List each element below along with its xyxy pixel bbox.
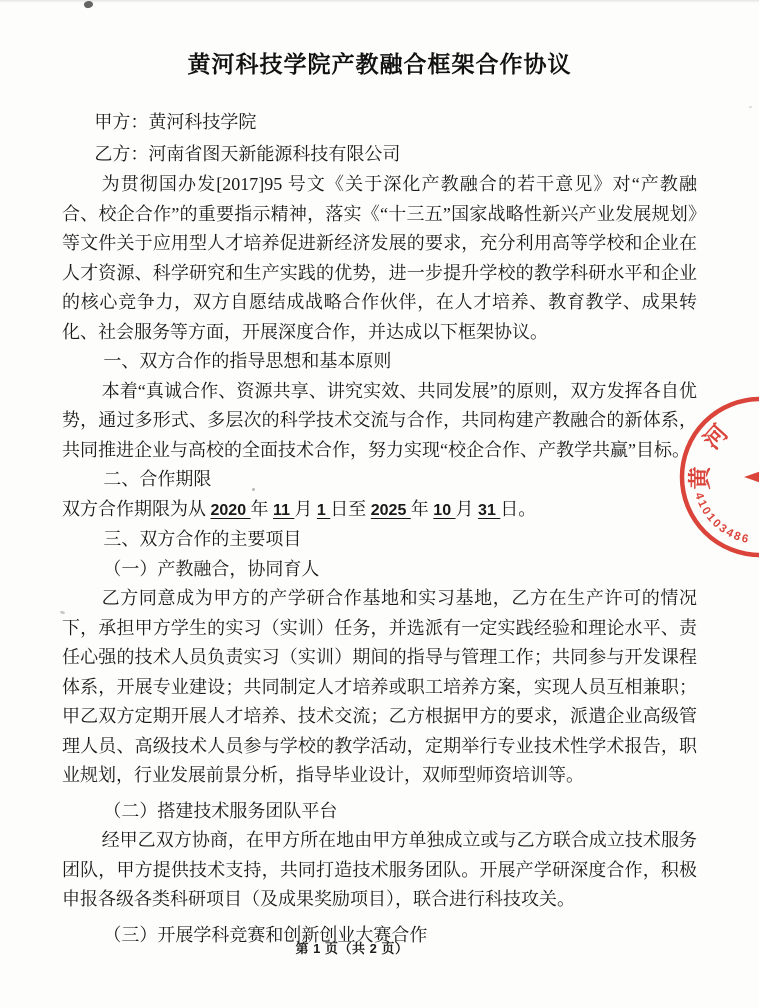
seal-star-icon (744, 452, 759, 501)
date-line-text: 年 (411, 499, 434, 519)
preamble-paragraph: 为贯彻国办发[2017]95 号文《关于深化产教融合的若干意见》对“产教融合、校… (62, 170, 697, 347)
official-seal: 黄 河 410103486 (675, 390, 759, 565)
scan-edge-shadow (0, 0, 759, 3)
page-footer: 第 1 页（共 2 页） (0, 938, 704, 957)
date-line-text: 年 (251, 499, 274, 519)
scan-smudge (83, 0, 94, 9)
scan-speck (749, 106, 752, 108)
underlined-date-value: 31 (478, 502, 500, 519)
underlined-date-value: 2020 (211, 502, 251, 519)
date-line-text: 月 (456, 499, 479, 519)
document-body: 甲方：黄河科技学院乙方：河南省图天新能源科技有限公司为贯彻国办发[2017]95… (62, 106, 697, 950)
party-line-jiafang: 甲方：黄河科技学院 (62, 106, 697, 138)
item-1-paragraph: 乙方同意成为甲方的产学研合作基地和实习基地，乙方在生产许可的情况下，承担甲方学生… (62, 584, 697, 791)
sub-heading-3-2: （二）搭建技术服务团队平台 (62, 797, 697, 827)
section-heading-2: 二、合作期限 (62, 465, 697, 495)
section-heading-1: 一、双方合作的指导思想和基本原则 (62, 347, 697, 377)
underlined-date-value: 1 (317, 502, 330, 519)
item-2-paragraph: 经甲乙双方协商，在甲方所在地由甲方单独成立或与乙方联合成立技术服务团队，甲方提供… (62, 826, 697, 915)
sub-heading-3-1: （一）产教融合，协同育人 (62, 555, 697, 585)
seal-name-char: 黄 (688, 466, 713, 490)
section-heading-3: 三、双方合作的主要项目 (62, 525, 697, 555)
seal-serial-number: 410103486 (692, 491, 751, 546)
scanned-agreement-page: 黄河科技学院产教融合框架合作协议 甲方：黄河科技学院乙方：河南省图天新能源科技有… (0, 0, 759, 1008)
date-line-text: 日至 (330, 499, 371, 519)
underlined-date-value: 2025 (371, 502, 411, 519)
date-line-text: 双方合作期限为从 (62, 499, 211, 519)
underlined-date-value: 10 (433, 502, 455, 519)
document-content: 黄河科技学院产教融合框架合作协议 甲方：黄河科技学院乙方：河南省图天新能源科技有… (62, 49, 697, 950)
date-line-text: 日。 (500, 499, 536, 519)
document-title: 黄河科技学院产教融合框架合作协议 (62, 49, 697, 81)
cooperation-term-line: 双方合作期限为从 2020 年 11 月 1 日至 2025 年 10 月 31… (62, 495, 697, 526)
underlined-date-value: 11 (273, 502, 294, 519)
principle-paragraph: 本着“真诚合作、资源共享、讲究实效、共同发展”的原则，双方发挥各自优势，通过多形… (62, 377, 697, 466)
svg-text:410103486: 410103486 (692, 491, 751, 546)
party-line-yifang: 乙方：河南省图天新能源科技有限公司 (62, 138, 697, 170)
date-line-text: 月 (294, 499, 317, 519)
